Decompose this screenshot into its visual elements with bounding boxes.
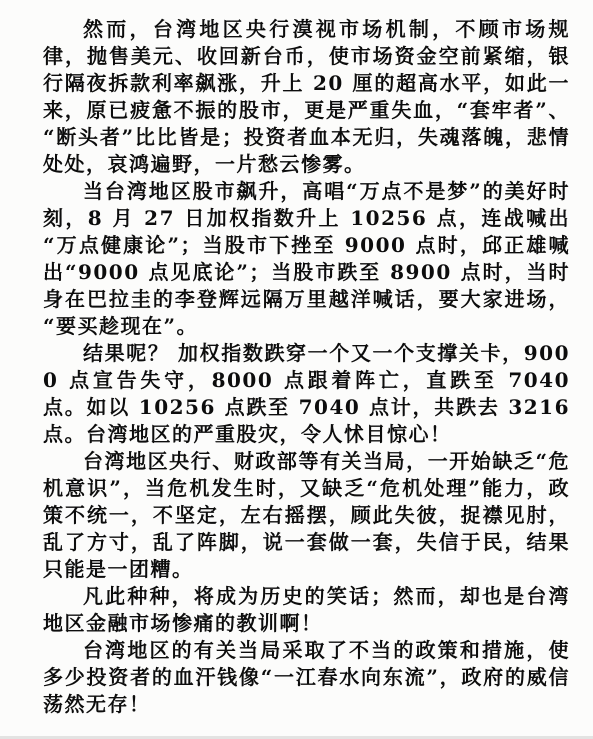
paragraph-2: 当台湾地区股市飙升，高唱“万点不是梦”的美好时刻，8 月 27 日加权指数升上 …: [43, 178, 570, 340]
paragraph-3: 结果呢？ 加权指数跌穿一个又一个支撑关卡，9000 点宣告失守，8000 点跟着…: [43, 340, 570, 448]
book-page: 然而，台湾地区央行漠视市场机制，不顾市场规律，抛售美元、收回新台币，使市场资金空…: [0, 0, 593, 739]
paragraph-4: 台湾地区央行、财政部等有关当局，一开始缺乏“危机意识”，当危机发生时，又缺乏“危…: [43, 448, 570, 583]
paragraph-6: 台湾地区的有关当局采取了不当的政策和措施，使多少投资者的血汗钱像“一江春水向东流…: [43, 637, 570, 718]
paragraph-5: 凡此种种，将成为历史的笑话；然而，却也是台湾地区金融市场惨痛的教训啊！: [43, 583, 570, 637]
paragraph-1: 然而，台湾地区央行漠视市场机制，不顾市场规律，抛售美元、收回新台币，使市场资金空…: [43, 16, 570, 178]
page-text-block: 然而，台湾地区央行漠视市场机制，不顾市场规律，抛售美元、收回新台币，使市场资金空…: [43, 16, 570, 718]
